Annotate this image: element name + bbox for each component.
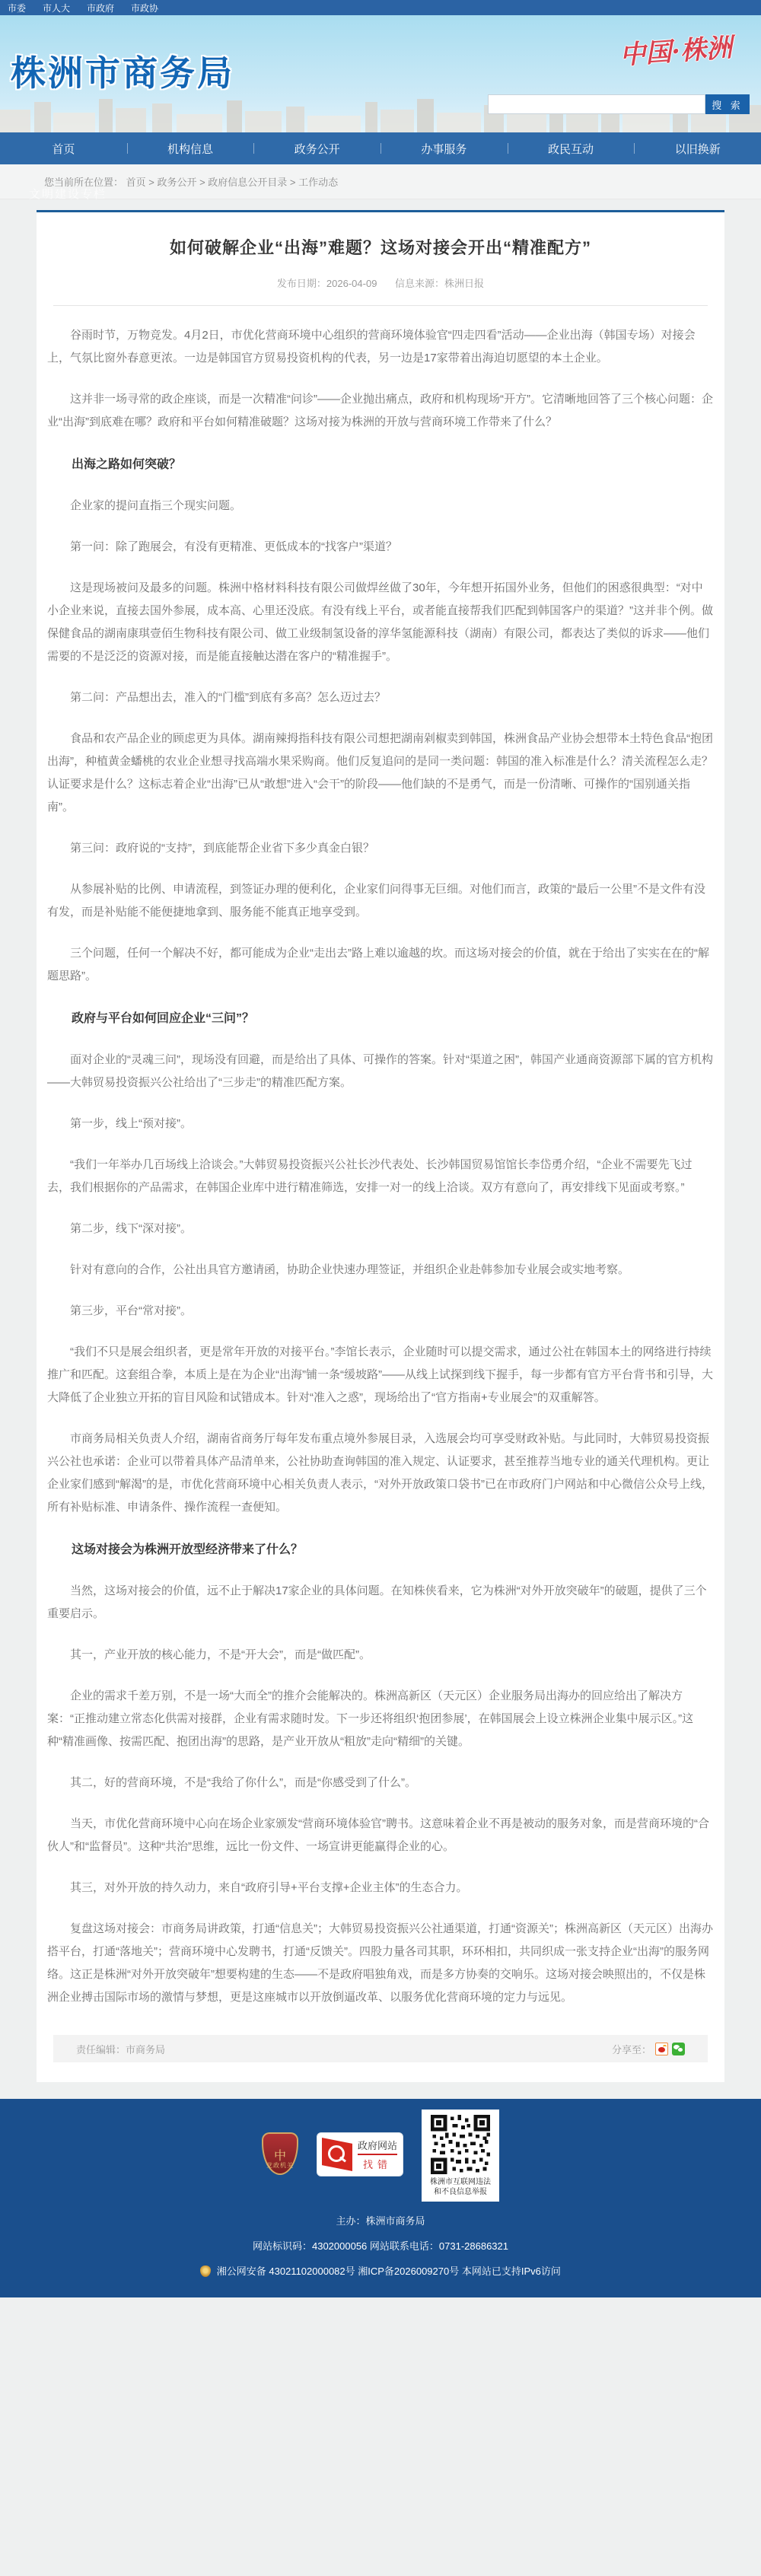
- error-box-line2: 找错: [358, 2157, 397, 2171]
- article-title: 如何破解企业“出海”难题？这场对接会开出“精准配方”: [46, 235, 715, 259]
- article-paragraph: 第二步，线下“深对接”。: [47, 1218, 714, 1240]
- main-nav: 首页机构信息政务公开办事服务政民互动以旧换新: [0, 132, 761, 164]
- qr-caption-line2: 和不良信息举报: [426, 2187, 495, 2197]
- section-heading: 这场对接会为株洲开放型经济带来了什么？: [47, 1539, 714, 1562]
- footer-info: 主办：株洲市商务局 网站标识码：4302000056 网站联系电话：0731-2…: [0, 2213, 761, 2278]
- shield-emblem-icon: 中: [274, 2151, 286, 2161]
- breadcrumb[interactable]: 首页 > 政务公开 > 政府信息公开目录 > 工作动态: [126, 174, 338, 189]
- nav-item[interactable]: 以旧换新: [634, 132, 761, 164]
- top-gov-link[interactable]: 市委: [8, 2, 26, 14]
- icp-line: 湘公网安备 43021102000082号 湘ICP备2026009270号 本…: [0, 2263, 761, 2278]
- site-banner: 株洲市商务局 中国·株洲 搜 索: [0, 15, 761, 132]
- article-paragraph: 当然，这场对接会的价值，远不止于解决17家企业的具体问题。在知株侠看来，它为株洲…: [47, 1580, 714, 1626]
- article-paragraph: 这并非一场寻常的政企座谈，而是一次精准“问诊”——企业抛出痛点，政府和机构现场“…: [47, 388, 714, 434]
- gov-site-error-report-badge[interactable]: 政府网站 找错: [317, 2132, 403, 2176]
- top-gov-link[interactable]: 市政府: [87, 2, 114, 14]
- nav-item[interactable]: 首页: [0, 132, 127, 164]
- article-paragraph: 其二，好的营商环境，不是“我给了你什么”，而是“你感受到了什么”。: [47, 1772, 714, 1794]
- party-gov-shield-badge[interactable]: 中 党政机关: [262, 2132, 298, 2175]
- article-meta: 发布日期：2026-04-09 信息来源：株洲日报: [46, 275, 715, 290]
- publish-date: 发布日期：2026-04-09: [277, 278, 377, 289]
- editor-bar: 责任编辑：市商务局 分享至：: [53, 2035, 708, 2062]
- article-paragraph: 这是现场被问及最多的问题。株洲中格材料科技有限公司做焊丝做了30年，今年想开拓国…: [47, 577, 714, 668]
- error-box-line1: 政府网站: [358, 2138, 397, 2155]
- top-gov-link[interactable]: 市人大: [43, 2, 70, 14]
- qr-code-image: [431, 2115, 490, 2174]
- info-source: 信息来源：株洲日报: [395, 278, 484, 289]
- article-card: 如何破解企业“出海”难题？这场对接会开出“精准配方” 发布日期：2026-04-…: [37, 210, 724, 2082]
- article-paragraph: 食品和农产品企业的顾虑更为具体。湖南辣拇指科技有限公司想把湖南剁椒卖到韩国，株洲…: [47, 728, 714, 819]
- share-group: 分享至：: [612, 2042, 685, 2056]
- search-button[interactable]: 搜 索: [705, 94, 750, 114]
- page-body: 如何破解企业“出海”难题？这场对接会开出“精准配方” 发布日期：2026-04-…: [0, 199, 761, 2099]
- nav-item[interactable]: 政务公开: [253, 132, 380, 164]
- shield-label: 党政机关: [266, 2161, 294, 2170]
- share-label: 分享至：: [612, 2042, 651, 2056]
- nav-item[interactable]: 机构信息: [127, 132, 254, 164]
- article-paragraph: 第三步，平台“常对接”。: [47, 1300, 714, 1323]
- article-paragraph: 第二问：产品想出去，准入的“门槛”到底有多高？怎么迈过去？: [47, 686, 714, 709]
- magnifier-flag-icon: [322, 2138, 352, 2171]
- article-paragraph: 三个问题，任何一个解决不好，都可能成为企业“走出去”路上难以逾越的坎。而这场对接…: [47, 942, 714, 988]
- site-footer: 中 党政机关 政府网站 找错: [0, 2099, 761, 2297]
- article-paragraph: “我们一年举办几百场线上洽谈会。”大韩贸易投资振兴公社长沙代表处、长沙韩国贸易馆…: [47, 1154, 714, 1199]
- title-divider: [53, 305, 708, 306]
- article-paragraph: 面对企业的“灵魂三问”，现场没有回避，而是给出了具体、可操作的答案。针对“渠道之…: [47, 1049, 714, 1094]
- article-paragraph: 第一步，线上“预对接”。: [47, 1113, 714, 1135]
- article-paragraph: 复盘这场对接会：市商务局讲政策，打通“信息关”；大韩贸易投资振兴公社通渠道，打通…: [47, 1918, 714, 2009]
- search-bar: 搜 索: [488, 94, 750, 114]
- article-paragraph: 企业家的提问直指三个现实问题。: [47, 495, 714, 517]
- search-input[interactable]: [488, 94, 705, 114]
- article-paragraph: 其一，产业开放的核心能力，不是“开大会”，而是“做匹配”。: [47, 1644, 714, 1667]
- article-body: 谷雨时节，万物竞发。4月2日，市优化营商环境中心组织的营商环境体验官“四走四看”…: [46, 324, 715, 2009]
- article-paragraph: 市商务局相关负责人介绍，湖南省商务厅每年发布重点境外参展目录，入选展会均可享受财…: [47, 1428, 714, 1519]
- breadcrumb-bar: 您当前所在位置： 首页 > 政务公开 > 政府信息公开目录 > 工作动态 文明建…: [0, 164, 761, 199]
- article-paragraph: 当天，市优化营商环境中心向在场企业家颁发“营商环境体验官”聘书。这意味着企业不再…: [47, 1813, 714, 1858]
- article-paragraph: 针对有意向的合作，公社出具官方邀请函，协助企业快速办理签证，并组织企业赴韩参加专…: [47, 1259, 714, 1282]
- article-paragraph: 企业的需求千差万别，不是一场“大而全”的推介会能解决的。株洲高新区（天元区）企业…: [47, 1685, 714, 1753]
- qr-caption-line1: 株洲市互联网违法: [426, 2177, 495, 2187]
- article-paragraph: 第三问：政府说的“支持”，到底能帮企业省下多少真金白银？: [47, 837, 714, 860]
- section-heading: 出海之路如何突破？: [47, 454, 714, 476]
- report-qr-panel: 株洲市互联网违法 和不良信息举报: [422, 2110, 499, 2202]
- breadcrumb-prefix: 您当前所在位置：: [44, 174, 123, 189]
- article-paragraph: 从参展补贴的比例、申请流程，到签证办理的便利化，企业家们问得事无巨细。对他们而言…: [47, 878, 714, 924]
- china-zhuzhou-logo: 中国·株洲: [619, 27, 734, 72]
- site-title: 株洲市商务局: [11, 46, 234, 96]
- nav-item[interactable]: 政民互动: [508, 132, 635, 164]
- public-security-badge-icon: [200, 2266, 211, 2277]
- article-paragraph: 谷雨时节，万物竞发。4月2日，市优化营商环境中心组织的营商环境体验官“四走四看”…: [47, 324, 714, 370]
- article-paragraph: 第一问：除了跑展会，有没有更精准、更低成本的“找客户”渠道？: [47, 536, 714, 559]
- icp-text: 湘公网安备 43021102000082号 湘ICP备2026009270号 本…: [217, 2266, 561, 2277]
- article-paragraph: “我们不只是展会组织者，更是常年开放的对接平台。”李馆长表示，企业随时可以提交需…: [47, 1341, 714, 1409]
- weibo-share-icon[interactable]: [655, 2043, 668, 2055]
- host-line: 主办：株洲市商务局: [0, 2213, 761, 2227]
- wechat-share-icon[interactable]: [672, 2043, 685, 2055]
- site-code-line: 网站标识码：4302000056 网站联系电话：0731-28686321: [0, 2238, 761, 2253]
- article-paragraph: 其三，对外开放的持久动力，来自“政府引导+平台支撑+企业主体”的生态合力。: [47, 1877, 714, 1899]
- editor-label: 责任编辑：市商务局: [76, 2042, 165, 2056]
- top-gov-link[interactable]: 市政协: [131, 2, 158, 14]
- section-heading: 政府与平台如何回应企业“三问”？: [47, 1008, 714, 1030]
- footer-badges: 中 党政机关 政府网站 找错: [0, 2110, 761, 2202]
- top-links-bar: 市委市人大市政府市政协: [0, 0, 761, 15]
- nav-item[interactable]: 办事服务: [380, 132, 508, 164]
